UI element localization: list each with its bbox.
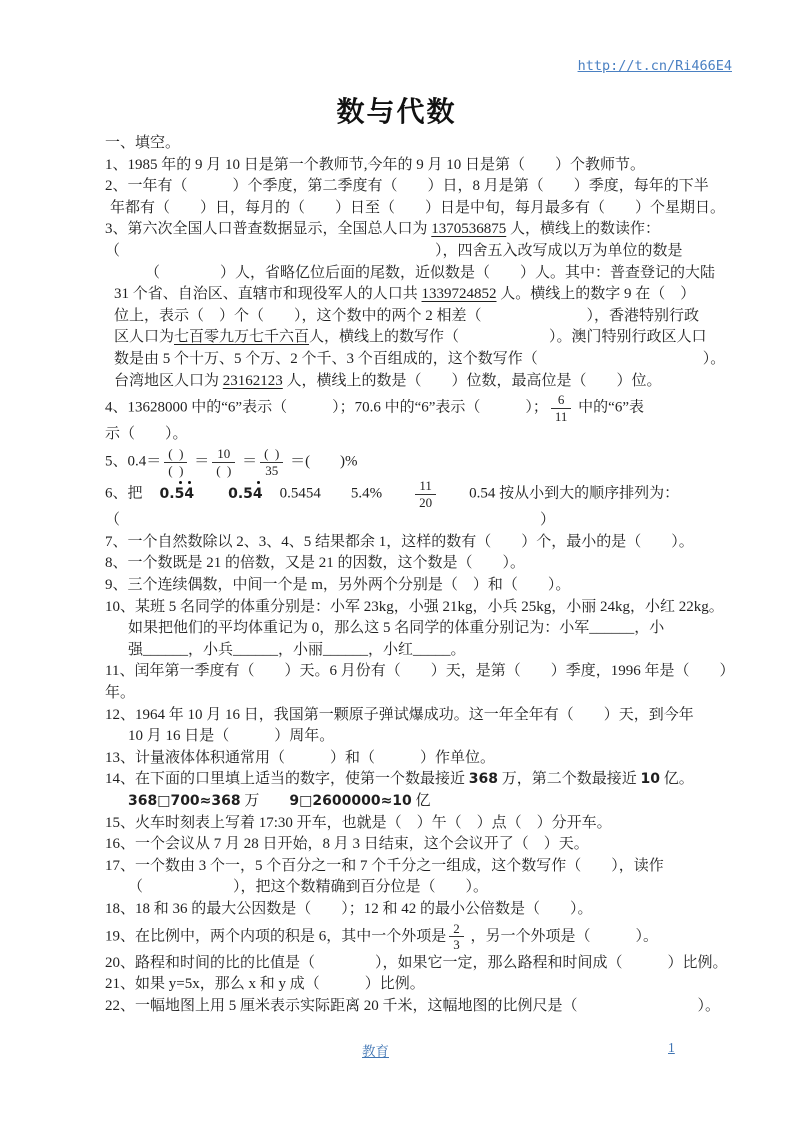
text: 人，横线上的数读作： [506, 221, 660, 237]
worksheet-line: 20、路程和时间的比的比值是（ ），如果它一定，那么路程和时间成（ ）比例。 [105, 953, 725, 975]
text: 年。 [105, 685, 135, 701]
worksheet-line: （ ），把这个数精确到百分位是（ ）。 [105, 877, 725, 899]
sans-number: 10 [641, 771, 660, 787]
worksheet-line: 22、一幅地图上用 5 厘米表示实际距离 20 千米，这幅地图的比例尺是（ ）。 [105, 996, 725, 1018]
text: 2、一年有（ ）个季度，第二季度有（ ）日，8 月是第（ ）季度，每年的下半 [105, 178, 709, 194]
text: 人。横线上的数字 9 在（ ） [497, 286, 696, 302]
text: 22、一幅地图上用 5 厘米表示实际距离 20 千米，这幅地图的比例尺是（ ）。 [105, 998, 720, 1014]
text: 示（ ）。 [105, 426, 188, 442]
fraction-numerator: 10 [212, 446, 235, 463]
text: 台湾地区人口为 [114, 373, 223, 389]
page-title: 数与代数 [0, 90, 793, 130]
header-url-link[interactable]: http://t.cn/Ri466E4 [578, 58, 732, 74]
worksheet-line: 年都有（ ）日，每月的（ ）日至（ ）日是中旬，每月最多有（ ）个星期日。 [105, 198, 725, 220]
worksheet-line: 6、把 0.54 0.54 0.5454 5.4% 1120 0.54 按从小到… [105, 478, 725, 510]
worksheet-line: 5、0.4＝( )( ) ＝10( ) ＝( )35 ＝( )% [105, 446, 725, 478]
worksheet-line: 区人口为七百零九万七千六百人，横线上的数写作（ ）。澳门特别行政区人口 [105, 327, 725, 349]
fraction: 1120 [415, 478, 436, 510]
underlined-number: 1370536875 [431, 221, 506, 237]
worksheet-line: 如果把他们的平均体重记为 0，那么这 5 名同学的体重分别记为：小军______… [105, 618, 725, 640]
worksheet-line: 7、一个自然数除以 2、3、4、5 结果都余 1，这样的数有（ ）个，最小的是（… [105, 532, 725, 554]
fraction-numerator: 11 [415, 478, 436, 495]
repeat-dot-icon [257, 481, 260, 484]
fraction-numerator: 6 [551, 392, 572, 409]
worksheet-line: 18、18 和 36 的最大公因数是（ ）；12 和 42 的最小公倍数是（ ）… [105, 899, 725, 921]
text: 16、一个会议从 7 月 28 日开始，8 月 3 日结束，这个会议开了（ ）天… [105, 836, 589, 852]
sans-number: 368 [469, 771, 498, 787]
worksheet-line: 年。 [105, 683, 725, 705]
underlined-number: 23162123 [223, 373, 283, 389]
worksheet-line: 12、1964 年 10 月 16 日，我国第一颗原子弹试爆成功。这一年全年有（… [105, 705, 725, 727]
worksheet-line: 1、1985 年的 9 月 10 日是第一个教师节,今年的 9 月 10 日是第… [105, 155, 725, 177]
text: ＝( )% [286, 453, 357, 469]
footer-page-number[interactable]: 1 [668, 1040, 675, 1056]
worksheet-line: 位上，表示（ ）个（ ），这个数中的两个 2 相差（ ），香港特别行政 [105, 306, 725, 328]
sans-number: 9□2600000≈10 [289, 793, 411, 809]
worksheet-line: 10 月 16 日是（ ）周年。 [105, 726, 725, 748]
text: ＝ [190, 453, 209, 469]
text: 亿 [412, 793, 431, 809]
worksheet-line: 4、13628000 中的“6”表示（ ）；70.6 中的“6”表示（ ）；61… [105, 392, 725, 424]
worksheet-line: 31 个省、自治区、直辖市和现役军人的人口共 1339724852 人。横线上的… [105, 284, 725, 306]
text: 14、在下面的口里填上适当的数字，使第一个数最接近 [105, 771, 469, 787]
text: 6、把 [105, 486, 158, 502]
text: 1、1985 年的 9 月 10 日是第一个教师节,今年的 9 月 10 日是第… [105, 157, 645, 173]
document-page: http://t.cn/Ri466E4 数与代数 一、填空。1、1985 年的 … [0, 0, 793, 1122]
fraction-numerator: 2 [449, 921, 464, 938]
fraction: 611 [551, 392, 572, 424]
fraction: 23 [449, 921, 464, 953]
text: 亿。 [660, 771, 694, 787]
text: 0.5454 5.4% [265, 486, 413, 502]
worksheet-line: 21、如果 y=5x，那么 x 和 y 成（ ）比例。 [105, 974, 725, 996]
worksheet-line: 8、一个数既是 21 的倍数，又是 21 的因数，这个数是（ ）。 [105, 553, 725, 575]
fraction-numerator: ( ) [164, 446, 187, 463]
repeat-dot-icon [179, 481, 182, 484]
worksheet-line: 11、闰年第一季度有（ ）天。6 月份有（ ）天，是第（ ）季度，1996 年是… [105, 661, 725, 683]
text: 7、一个自然数除以 2、3、4、5 结果都余 1，这样的数有（ ）个，最小的是（… [105, 534, 694, 550]
text: 12、1964 年 10 月 16 日，我国第一颗原子弹试爆成功。这一年全年有（… [105, 707, 694, 723]
text: 5、0.4＝ [105, 453, 161, 469]
text: 数是由 5 个十万、5 个万、2 个千、3 个百组成的，这个数写作（ ）。 [114, 351, 725, 367]
text: 区人口为 [114, 329, 174, 345]
text: ，另一个外项是（ ）。 [467, 928, 658, 944]
worksheet-body: 一、填空。1、1985 年的 9 月 10 日是第一个教师节,今年的 9 月 1… [105, 133, 725, 1018]
fraction-denominator: 11 [551, 409, 572, 425]
worksheet-line: 13、计量液体体积通常用（ ）和（ ）作单位。 [105, 748, 725, 770]
text: 21、如果 y=5x，那么 x 和 y 成（ ）比例。 [105, 976, 425, 992]
text: 8、一个数既是 21 的倍数，又是 21 的因数，这个数是（ ）。 [105, 555, 525, 571]
worksheet-line: 一、填空。 [105, 133, 725, 155]
footer-site-link[interactable]: 教育 [362, 1040, 389, 1060]
worksheet-line: 14、在下面的口里填上适当的数字，使第一个数最接近 368 万，第二个数最接近 … [105, 769, 725, 791]
text: （ ） [105, 512, 555, 528]
worksheet-line: 强______，小兵______，小丽______，小红_____。 [105, 640, 725, 662]
worksheet-line: （ ） [105, 510, 725, 532]
repeat-dot-icon [188, 481, 191, 484]
repeating-decimal: 0.54 [160, 484, 195, 506]
text: 15、火车时刻表上写着 17:30 开车，也就是（ ）午（ ）点（ ）分开车。 [105, 815, 612, 831]
fraction: 10( ) [212, 446, 235, 478]
text: 强______，小兵______，小丽______，小红_____。 [128, 642, 466, 658]
fraction-denominator: 3 [449, 937, 464, 953]
text: ＝ [238, 453, 257, 469]
worksheet-line: 16、一个会议从 7 月 28 日开始，8 月 3 日结束，这个会议开了（ ）天… [105, 834, 725, 856]
text: 19、在比例中，两个内项的积是 6，其中一个外项是 [105, 928, 446, 944]
worksheet-line: 9、三个连续偶数，中间一个是 m，另外两个分别是（ ）和（ ）。 [105, 575, 725, 597]
worksheet-line: 3、第六次全国人口普查数据显示，全国总人口为 1370536875 人，横线上的… [105, 219, 725, 241]
text: 18、18 和 36 的最大公因数是（ ）；12 和 42 的最小公倍数是（ ）… [105, 901, 593, 917]
worksheet-line: 368□700≈368 万 9□2600000≈10 亿 [105, 791, 725, 813]
worksheet-line: 数是由 5 个十万、5 个万、2 个千、3 个百组成的，这个数写作（ ）。 [105, 349, 725, 371]
fraction-denominator: 20 [415, 495, 436, 511]
text: 0.54 按从小到大的顺序排列为： [439, 486, 679, 502]
worksheet-line: 10、某班 5 名同学的体重分别是：小军 23kg，小强 21kg，小兵 25k… [105, 597, 725, 619]
fraction: ( )35 [260, 446, 283, 478]
fraction: ( )( ) [164, 446, 187, 478]
worksheet-line: 15、火车时刻表上写着 17:30 开车，也就是（ ）午（ ）点（ ）分开车。 [105, 813, 725, 835]
worksheet-line: 19、在比例中，两个内项的积是 6，其中一个外项是23 ，另一个外项是（ ）。 [105, 921, 725, 953]
worksheet-line: 台湾地区人口为 23162123 人，横线上的数是（ ）位数，最高位是（ ）位。 [105, 371, 725, 393]
text: 4、13628000 中的“6”表示（ ）；70.6 中的“6”表示（ ）； [105, 400, 548, 416]
text: 13、计量液体体积通常用（ ）和（ ）作单位。 [105, 750, 495, 766]
text: 11、闰年第一季度有（ ）天。6 月份有（ ）天，是第（ ）季度，1996 年是… [105, 663, 734, 679]
text: 20、路程和时间的比的比值是（ ），如果它一定，那么路程和时间成（ ）比例。 [105, 955, 728, 971]
text: 万 [241, 793, 290, 809]
text: 9、三个连续偶数，中间一个是 m，另外两个分别是（ ）和（ ）。 [105, 577, 570, 593]
worksheet-line: （ ）人，省略亿位后面的尾数，近似数是（ ）人。其中：普查登记的大陆 [105, 263, 725, 285]
fraction-denominator: 35 [260, 463, 283, 479]
text: 3、第六次全国人口普查数据显示，全国总人口为 [105, 221, 431, 237]
text: 10、某班 5 名同学的体重分别是：小军 23kg，小强 21kg，小兵 25k… [105, 599, 724, 615]
worksheet-line: 17、一个数由 3 个一，5 个百分之一和 7 个千分之一组成，这个数写作（ ）… [105, 856, 725, 878]
text: 如果把他们的平均体重记为 0，那么这 5 名同学的体重分别记为：小军______… [128, 620, 664, 636]
text: 人，横线上的数是（ ）位数，最高位是（ ）位。 [283, 373, 662, 389]
text: 中的“6”表 [574, 400, 644, 416]
text: 位上，表示（ ）个（ ），这个数中的两个 2 相差（ ），香港特别行政 [114, 308, 699, 324]
text: （ ），把这个数精确到百分位是（ ）。 [128, 879, 488, 895]
text: 10 月 16 日是（ ）周年。 [128, 728, 334, 744]
fraction-denominator: ( ) [164, 463, 187, 479]
text: 31 个省、自治区、直辖市和现役军人的人口共 [114, 286, 422, 302]
repeating-decimal: 0.54 [228, 484, 263, 506]
text: （ ），四舍五入改写成以万为单位的数是 [105, 243, 683, 259]
worksheet-line: （ ），四舍五入改写成以万为单位的数是 [105, 241, 725, 263]
text: （ ）人，省略亿位后面的尾数，近似数是（ ）人。其中：普查登记的大陆 [145, 265, 715, 281]
worksheet-line: 示（ ）。 [105, 424, 725, 446]
text: 一、填空。 [105, 135, 180, 151]
text: 人，横线上的数写作（ ）。澳门特别行政区人口 [309, 329, 707, 345]
underlined-number: 1339724852 [422, 286, 497, 302]
fraction-numerator: ( ) [260, 446, 283, 463]
fraction-denominator: ( ) [212, 463, 235, 479]
text: 年都有（ ）日，每月的（ ）日至（ ）日是中旬，每月最多有（ ）个星期日。 [110, 200, 725, 216]
text: 17、一个数由 3 个一，5 个百分之一和 7 个千分之一组成，这个数写作（ ）… [105, 858, 664, 874]
sans-number: 368□700≈368 [128, 793, 241, 809]
text: 万，第二个数最接近 [498, 771, 641, 787]
underlined-number: 七百零九万七千六百 [174, 329, 309, 345]
text [196, 486, 226, 502]
worksheet-line: 2、一年有（ ）个季度，第二季度有（ ）日，8 月是第（ ）季度，每年的下半 [105, 176, 725, 198]
